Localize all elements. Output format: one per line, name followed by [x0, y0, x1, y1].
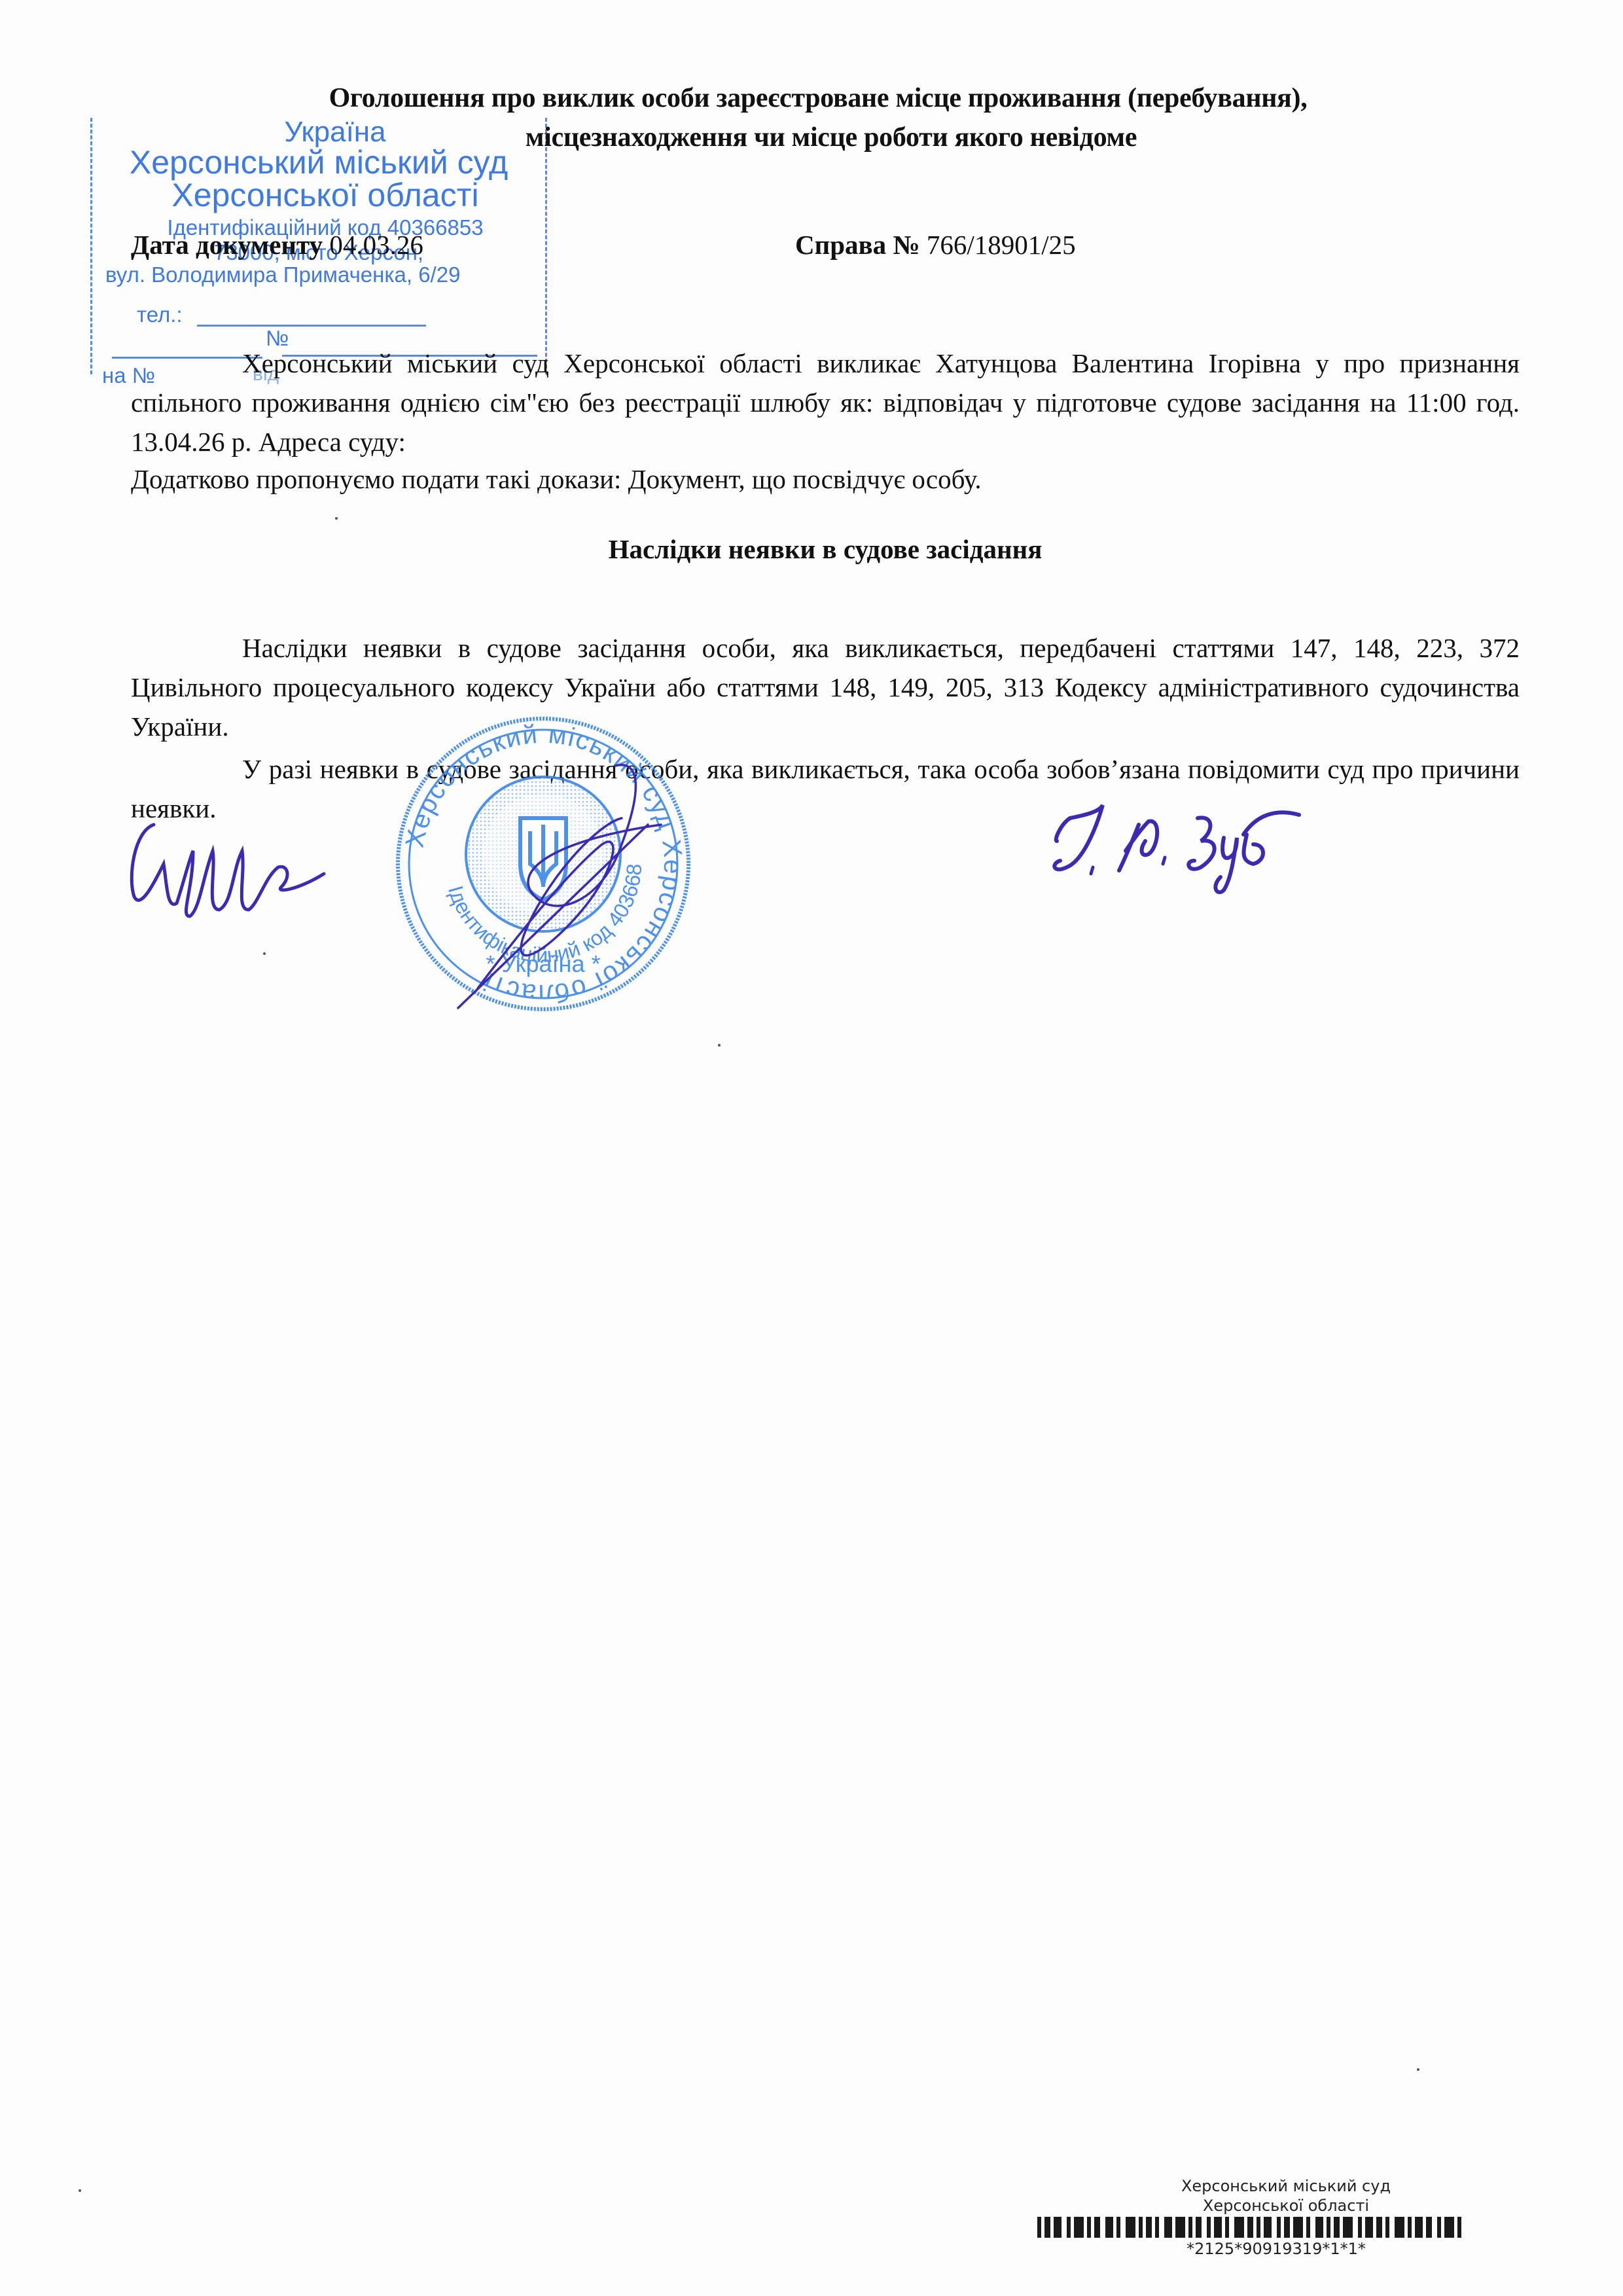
document-page: Україна Херсонський міський суд Херсонсь…	[0, 0, 1623, 2296]
barcode-icon	[1037, 2217, 1538, 2238]
section-heading: Наслідки неявки в судове засідання	[131, 533, 1520, 565]
barcode-footer: Херсонський міський суд Херсонської обла…	[1034, 2176, 1538, 2259]
svg-text:* Україна *: * Україна *	[486, 950, 601, 977]
consequences-text: Наслідки неявки в судове засідання особи…	[131, 628, 1520, 746]
summons-paragraph: Херсонський міський суд Херсонської обла…	[131, 344, 1520, 461]
barcode-number: *2125*90919319*1*1*	[1034, 2239, 1538, 2259]
scan-speck	[79, 2189, 81, 2192]
evidence-paragraph: Додатково пропонуємо подати такі докази:…	[131, 459, 1520, 499]
case-label: Справа №	[795, 230, 920, 260]
case-number-value: 766/18901/25	[927, 230, 1076, 260]
document-title: Оголошення про виклик особи зареєстрован…	[196, 79, 1440, 157]
title-line-2: місцезнаходження чи місце роботи якого н…	[196, 118, 1440, 157]
stamp-tel-label: тел.:	[137, 302, 183, 327]
scan-speck	[335, 517, 338, 520]
footer-court-line-2: Херсонської області	[1034, 2196, 1538, 2215]
date-value: 04.03.26	[329, 230, 423, 260]
scan-speck	[718, 1044, 721, 1047]
date-label: Дата документу	[131, 230, 323, 260]
title-line-1: Оголошення про виклик особи зареєстрован…	[196, 79, 1440, 118]
summons-text: Херсонський міський суд Херсонської обла…	[131, 344, 1520, 461]
consequences-paragraph: Наслідки неявки в судове засідання особи…	[131, 628, 1520, 746]
scan-speck	[263, 952, 266, 955]
document-date: Дата документу 04.03.26	[131, 229, 423, 260]
evidence-text: Додатково пропонуємо подати такі докази:…	[131, 459, 1520, 499]
obligation-text: У разі неявки в судове засідання особи, …	[131, 749, 1520, 828]
footer-court-line-1: Херсонський міський суд	[1034, 2176, 1538, 2196]
stamp-street: вул. Володимира Примаченка, 6/29	[105, 263, 545, 287]
stamp-tel-line	[197, 325, 426, 327]
scan-speck	[1417, 2068, 1419, 2071]
case-number: Справа № 766/18901/25	[795, 229, 1076, 260]
stamp-region: Херсонської області	[92, 178, 545, 212]
obligation-paragraph: У разі неявки в судове засідання особи, …	[131, 749, 1520, 828]
